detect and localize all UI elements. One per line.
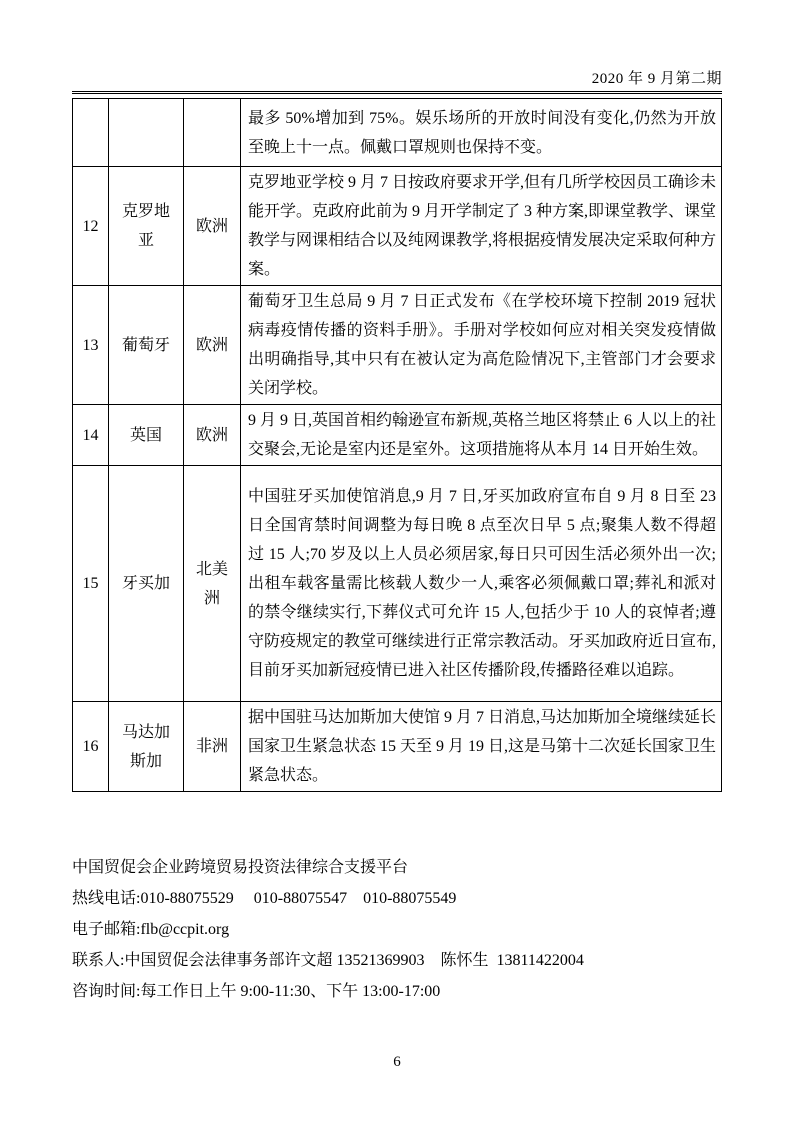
- table-row: 13 葡萄牙 欧洲 葡萄牙卫生总局 9 月 7 日正式发布《在学校环境下控制 2…: [73, 286, 722, 405]
- continent-cell: 欧洲: [184, 405, 241, 466]
- footer-contacts-line: 联系人:中国贸促会法律事务部许文超 13521369903 陈怀生 138114…: [72, 945, 722, 976]
- continent-cell: 非洲: [184, 702, 241, 792]
- country-cell: 牙买加: [109, 466, 184, 702]
- description-cell: 克罗地亚学校 9 月 7 日按政府要求开学,但有几所学校因员工确诊未能开学。克政…: [241, 167, 722, 286]
- covid-measures-table: 最多 50%增加到 75%。娱乐场所的开放时间没有变化,仍然为开放至晚上十一点。…: [72, 98, 722, 792]
- continent-cell: 欧洲: [184, 286, 241, 405]
- page-header: 2020 年 9 月第二期: [72, 69, 722, 89]
- table-row: 16 马达加斯加 非洲 据中国驻马达加斯加大使馆 9 月 7 日消息,马达加斯加…: [73, 702, 722, 792]
- table-row: 12 克罗地亚 欧洲 克罗地亚学校 9 月 7 日按政府要求开学,但有几所学校因…: [73, 167, 722, 286]
- footer-hotline-line: 热线电话:010-88075529 010-88075547 010-88075…: [72, 883, 722, 914]
- description-cell: 据中国驻马达加斯加大使馆 9 月 7 日消息,马达加斯加全境继续延长国家卫生紧急…: [241, 702, 722, 792]
- continent-cell: 欧洲: [184, 167, 241, 286]
- country-cell: 葡萄牙: [109, 286, 184, 405]
- page-number: 6: [72, 1052, 722, 1072]
- footer-email-line: 电子邮箱:flb@ccpit.org: [72, 914, 722, 945]
- issue-label: 2020 年 9 月第二期: [72, 69, 722, 89]
- table-row: 14 英国 欧洲 9 月 9 日,英国首相约翰逊宣布新规,英格兰地区将禁止 6 …: [73, 405, 722, 466]
- continent-cell: [184, 99, 241, 167]
- header-rule: [72, 91, 722, 94]
- footer-platform-line: 中国贸促会企业跨境贸易投资法律综合支援平台: [72, 852, 722, 883]
- table-row-continuation: 最多 50%增加到 75%。娱乐场所的开放时间没有变化,仍然为开放至晚上十一点。…: [73, 99, 722, 167]
- country-cell: [109, 99, 184, 167]
- description-cell: 葡萄牙卫生总局 9 月 7 日正式发布《在学校环境下控制 2019 冠状病毒疫情…: [241, 286, 722, 405]
- contact-footer: 中国贸促会企业跨境贸易投资法律综合支援平台 热线电话:010-88075529 …: [72, 852, 722, 1007]
- description-cell: 最多 50%增加到 75%。娱乐场所的开放时间没有变化,仍然为开放至晚上十一点。…: [241, 99, 722, 167]
- document-page: 2020 年 9 月第二期 最多 50%增加到 75%。娱乐场所的开放时间没有变…: [0, 0, 793, 1122]
- row-number-cell: 16: [73, 702, 109, 792]
- table-row: 15 牙买加 北美洲 中国驻牙买加使馆消息,9 月 7 日,牙买加政府宣布自 9…: [73, 466, 722, 702]
- row-number-cell: 13: [73, 286, 109, 405]
- footer-hours-line: 咨询时间:每工作日上午 9:00-11:30、下午 13:00-17:00: [72, 976, 722, 1007]
- description-cell: 9 月 9 日,英国首相约翰逊宣布新规,英格兰地区将禁止 6 人以上的社交聚会,…: [241, 405, 722, 466]
- description-cell: 中国驻牙买加使馆消息,9 月 7 日,牙买加政府宣布自 9 月 8 日至 23 …: [241, 466, 722, 702]
- row-number-cell: 15: [73, 466, 109, 702]
- country-cell: 克罗地亚: [109, 167, 184, 286]
- continent-cell: 北美洲: [184, 466, 241, 702]
- row-number-cell: 14: [73, 405, 109, 466]
- row-number-cell: [73, 99, 109, 167]
- country-cell: 英国: [109, 405, 184, 466]
- row-number-cell: 12: [73, 167, 109, 286]
- country-cell: 马达加斯加: [109, 702, 184, 792]
